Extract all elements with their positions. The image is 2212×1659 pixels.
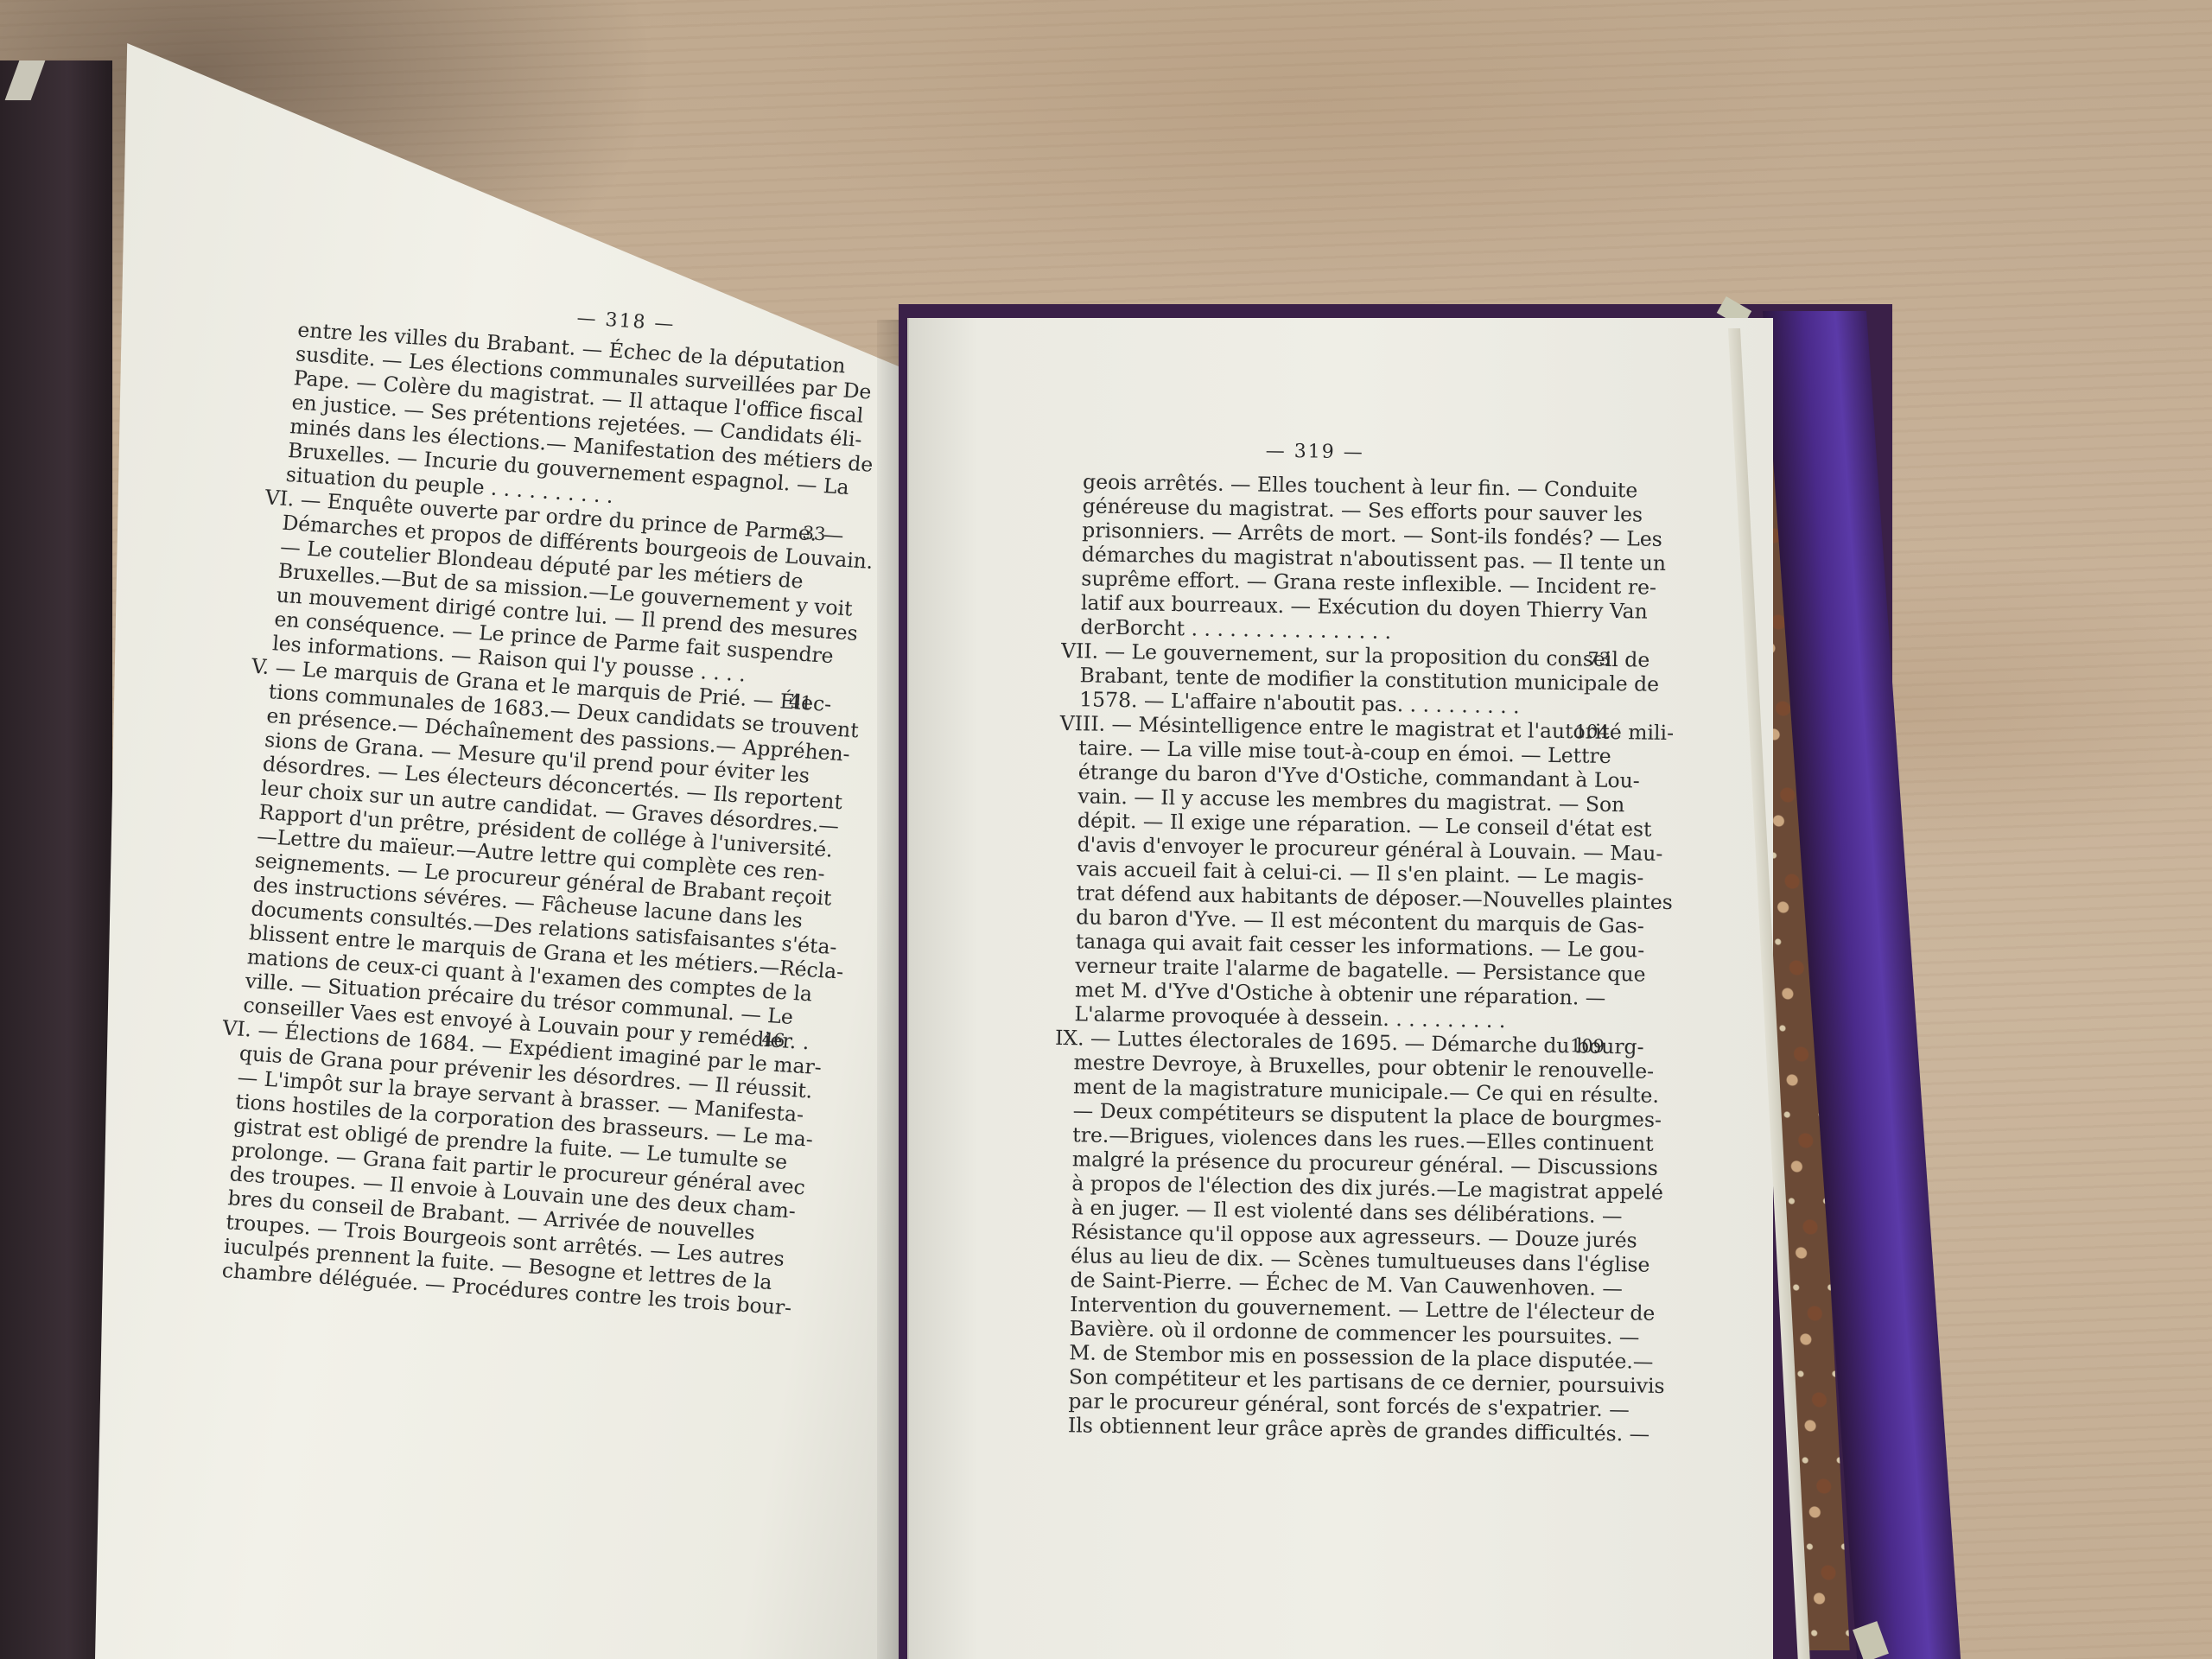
toc-entry: 33 VI. — Enquête ouverte par ordre du pr…: [252, 485, 783, 688]
toc-entry: 46 VI. — Élections de 1684. — Expédient …: [202, 1015, 741, 1315]
toc-entry: 41 V. — Le marquis de Grana et le marqui…: [224, 654, 770, 1050]
toc-entry: 104 VIII. — Mésintelligence entre le mag…: [1055, 711, 1561, 1033]
page-ref: 109: [1570, 1033, 1605, 1058]
left-page-text: — 318 — entre les villes du Brabant. — É…: [202, 302, 798, 1315]
page-ref: 104: [1574, 719, 1610, 744]
gutter-shadow: [877, 320, 899, 1659]
toc-entry-continuation: entre les villes du Brabant. — Échec de …: [266, 316, 797, 519]
page-ref: 41: [788, 690, 813, 715]
page-ref: 33: [802, 521, 827, 547]
book-cover-left: [0, 60, 112, 1659]
toc-entry: 109 IX. — Luttes électorales de 1695. — …: [1049, 1026, 1556, 1445]
right-page-text: — 319 — geois arrêtés. — Elles touchent …: [1049, 436, 1566, 1445]
page-ref: 73: [1587, 647, 1611, 671]
page-ref: 46: [761, 1027, 786, 1053]
toc-entry: 73 VII. — Le gouvernement, sur la propos…: [1060, 639, 1562, 719]
toc-entry-continuation: geois arrêtés. — Elles touchent à leur f…: [1061, 469, 1565, 646]
